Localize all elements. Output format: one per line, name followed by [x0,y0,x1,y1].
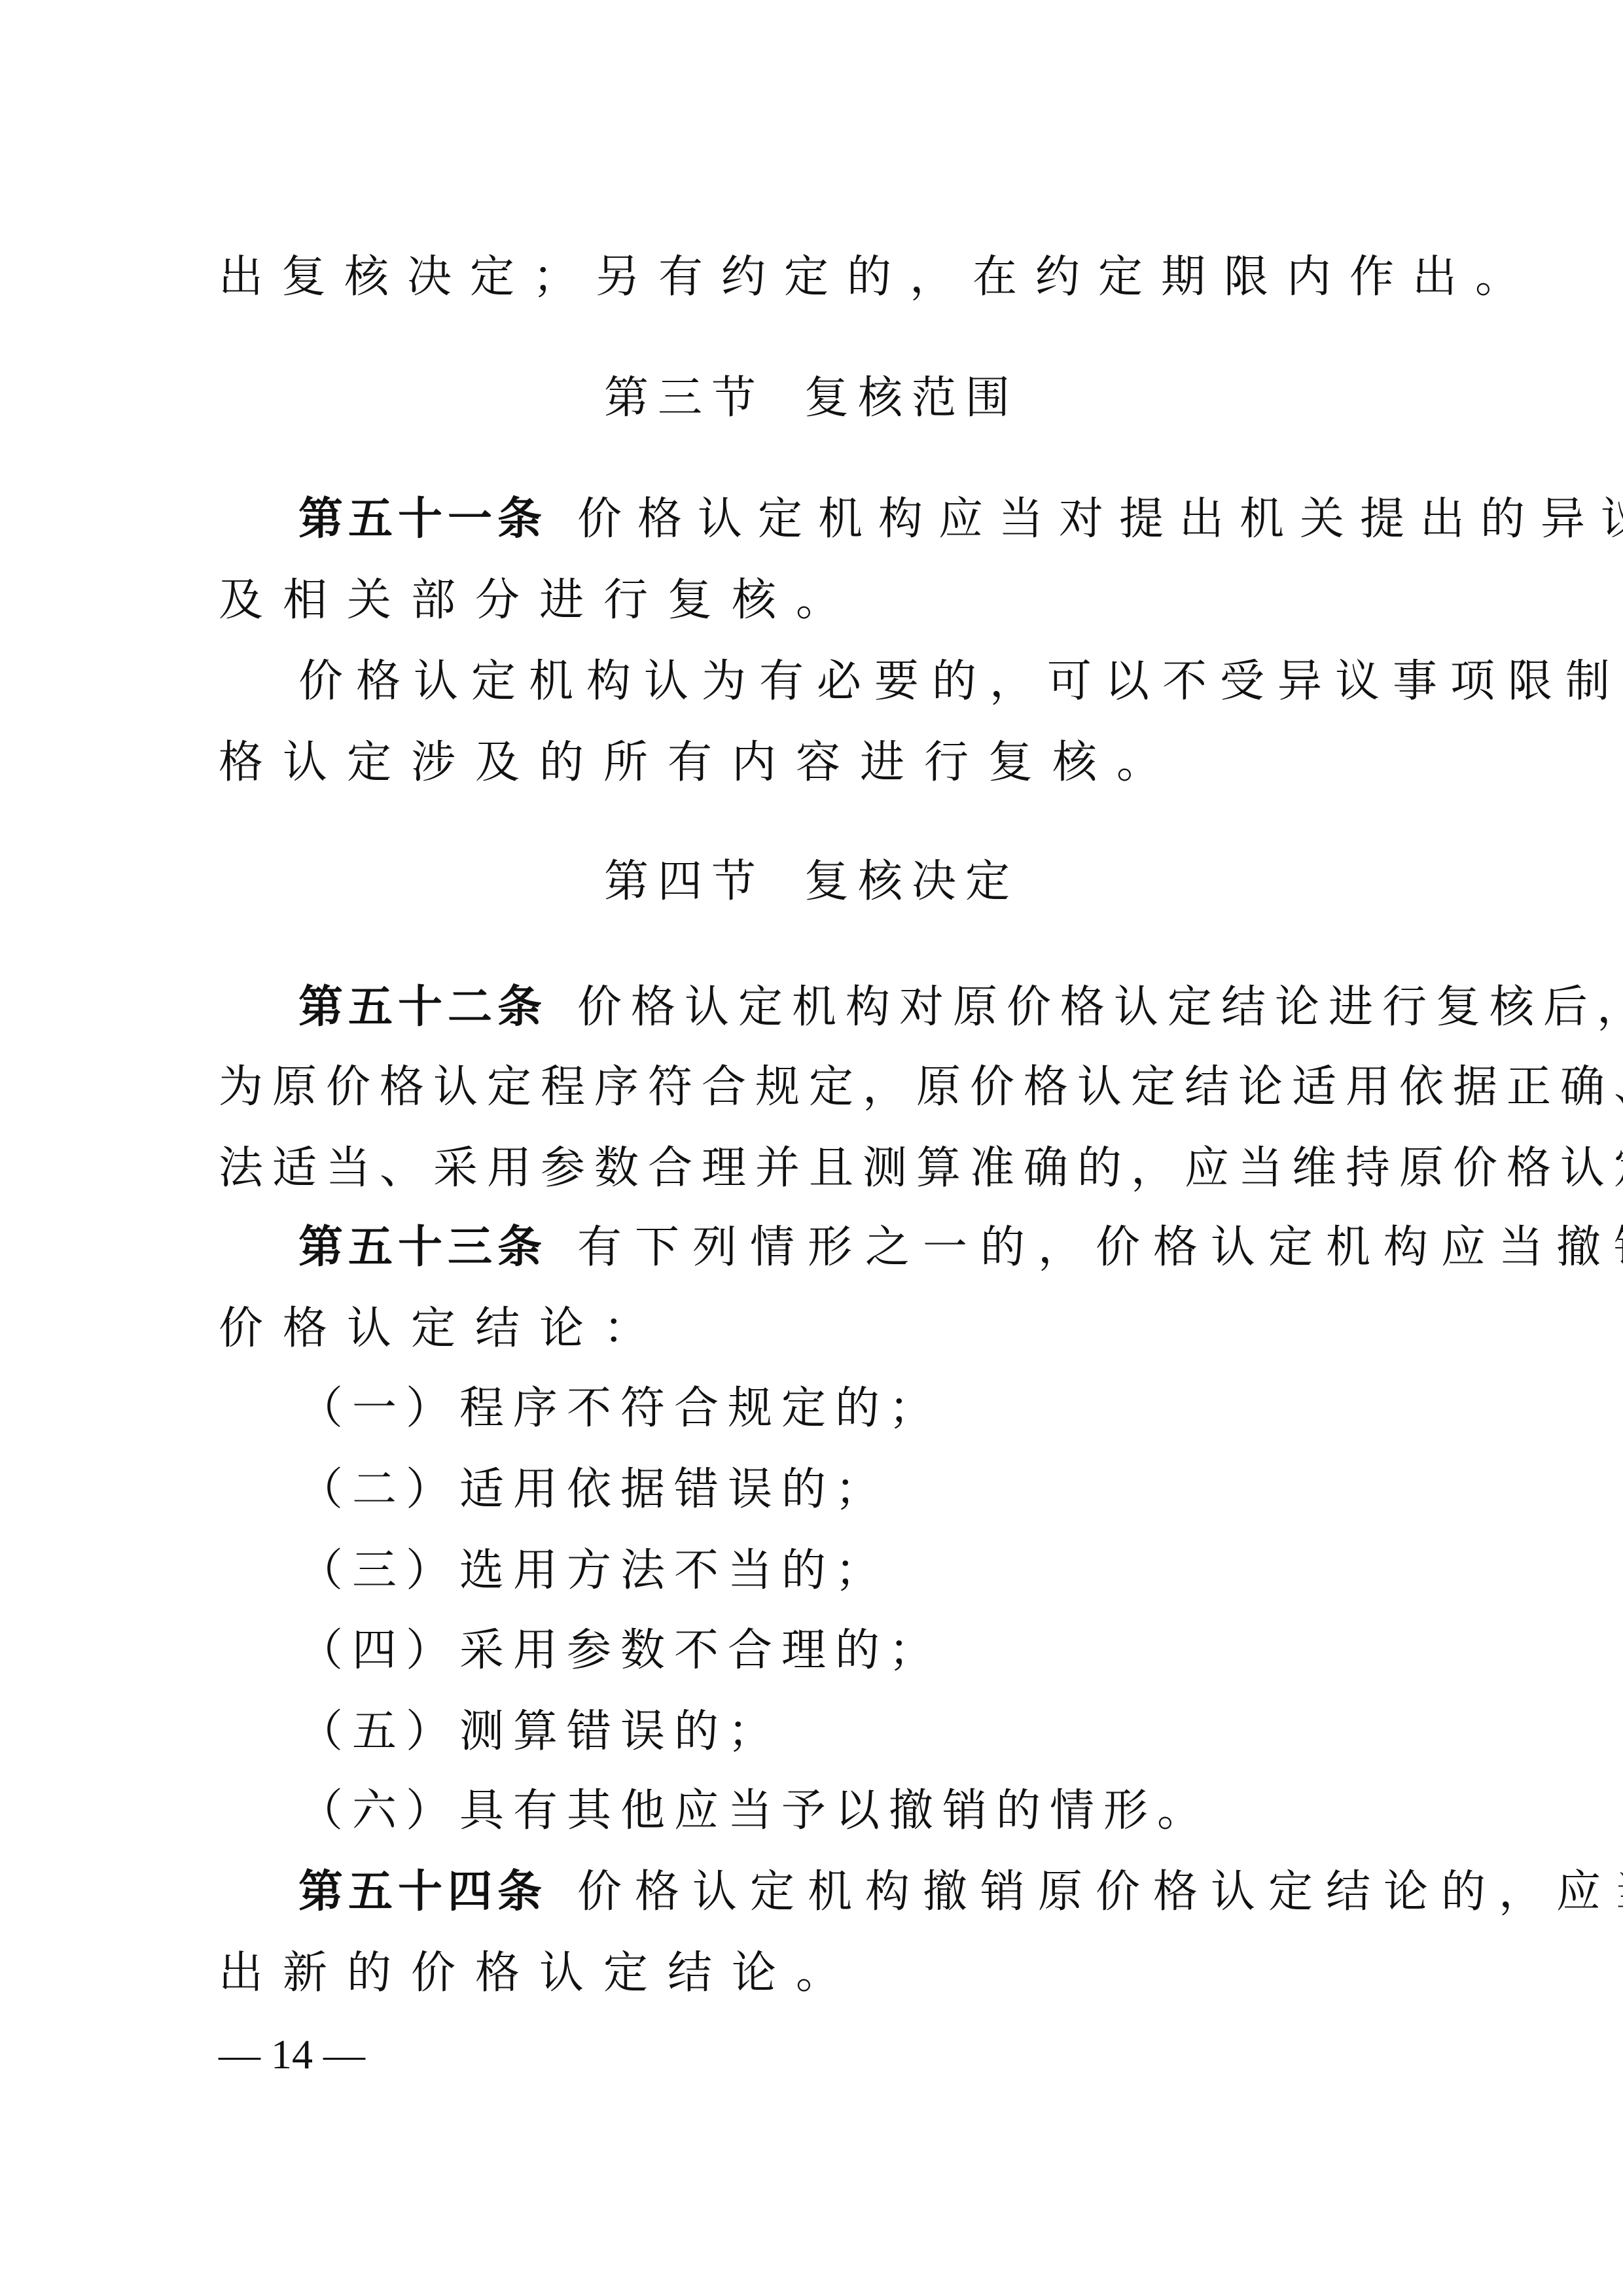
list-item: （五）测算错误的； [298,1706,1424,1758]
paragraph-line: 价格认定机构认为有必要的，可以不受异议事项限制，对原价 [298,656,1424,708]
article-number: 第五十四条 [298,1866,547,1918]
section-heading: 第四节复核决定 [0,856,1623,908]
page-number: — 14 — [219,2028,365,2081]
article-number: 第五十三条 [298,1222,547,1273]
paragraph-line: 为原价格认定程序符合规定，原价格认定结论适用依据正确、选用方 [219,1061,1423,1114]
paragraph-line: 价格认定结论： [219,1303,1423,1355]
article-paragraph: 第五十二条价格认定机构对原价格认定结论进行复核后，认 [298,981,1424,1034]
paragraph-line: 及相关部分进行复核。 [219,574,1423,627]
section-number: 第三节 [604,372,765,424]
paragraph-line: 格认定涉及的所有内容进行复核。 [219,737,1423,789]
list-item: （一）程序不符合规定的； [298,1383,1424,1435]
article-paragraph: 第五十一条价格认定机构应当对提出机关提出的异议事项 [298,493,1424,546]
paragraph-line: 出新的价格认定结论。 [219,1947,1423,2000]
paragraph-line: 法适当、采用参数合理并且测算准确的，应当维持原价格认定结论。 [219,1142,1423,1195]
list-item: （二）适用依据错误的； [298,1464,1424,1516]
list-item: （三）选用方法不当的； [298,1545,1424,1597]
section-heading: 第三节复核范围 [0,372,1623,425]
list-item: （六）具有其他应当予以撤销的情形。 [298,1785,1424,1837]
list-item: （四）采用参数不合理的； [298,1625,1424,1677]
article-paragraph: 第五十三条有下列情形之一的，价格认定机构应当撤销原 [298,1222,1424,1274]
section-number: 第四节 [604,856,765,908]
article-text: 价格认定机构撤销原价格认定结论的，应当作 [577,1866,1623,1918]
article-number: 第五十一条 [298,493,547,545]
article-text: 有下列情形之一的，价格认定机构应当撤销原 [577,1222,1623,1273]
article-number: 第五十二条 [298,981,547,1033]
section-title: 复核范围 [804,372,1019,424]
paragraph-line: 出复核决定；另有约定的，在约定期限内作出。 [219,251,1423,304]
article-text: 价格认定机构对原价格认定结论进行复核后，认 [577,981,1623,1033]
section-title: 复核决定 [804,856,1019,908]
article-paragraph: 第五十四条价格认定机构撤销原价格认定结论的，应当作 [298,1866,1424,1918]
article-text: 价格认定机构应当对提出机关提出的异议事项 [577,493,1623,545]
